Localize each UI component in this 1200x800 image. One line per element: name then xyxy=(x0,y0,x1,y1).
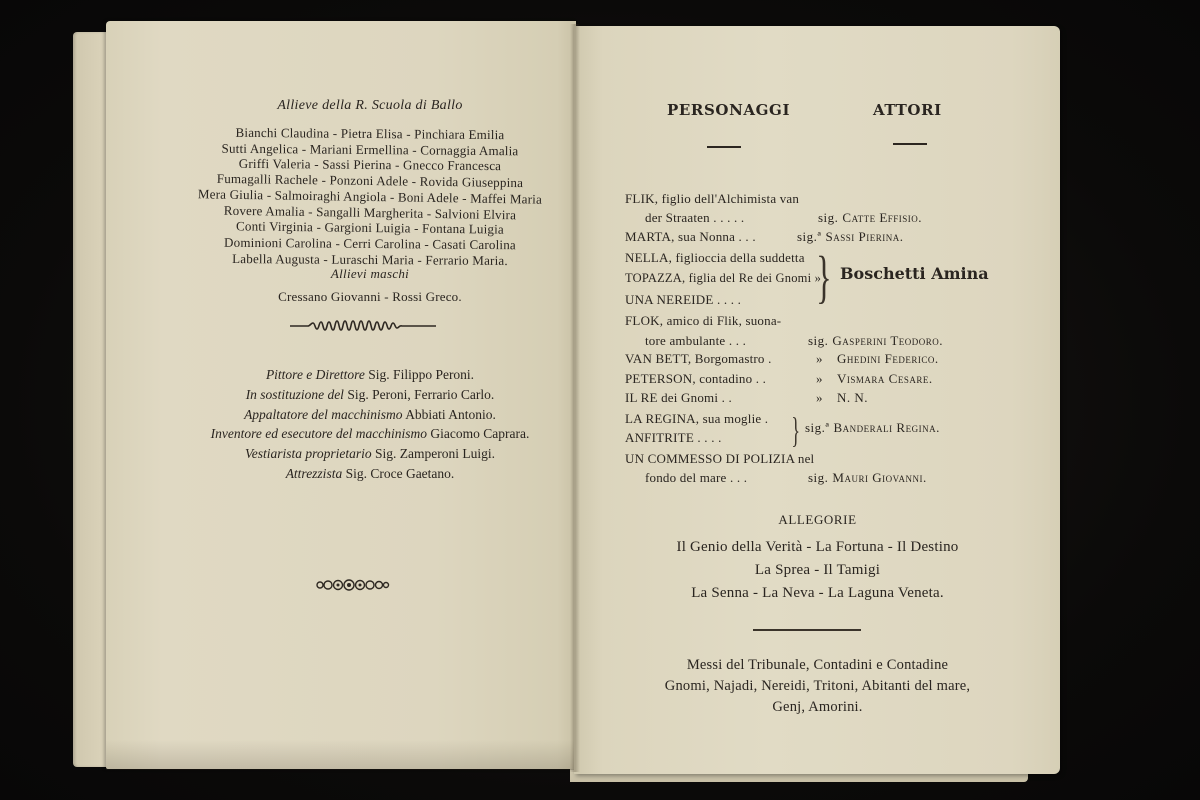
actor-prefix: » xyxy=(816,351,823,366)
actor-line: sig.ªSassi Pierina. xyxy=(797,229,903,245)
actor-prefix: sig.ª xyxy=(797,229,822,244)
credit-name: Sig. Zamperoni Luigi. xyxy=(375,446,495,461)
role-line: FLIK, figlio dell'Alchimista van xyxy=(625,191,799,207)
credit-name: Sig. Filippo Peroni. xyxy=(368,367,474,382)
brace-icon: } xyxy=(791,412,800,448)
credit-line: Appaltatore del macchinismo Abbiati Anto… xyxy=(175,405,565,425)
allegory-line: La Senna - La Neva - La Laguna Veneta. xyxy=(630,582,1005,605)
actor-line: sig.Mauri Giovanni. xyxy=(808,470,927,486)
book-gutter xyxy=(570,24,580,772)
actor-prefix: sig. xyxy=(808,470,828,485)
credit-role: Attrezzista xyxy=(286,466,343,481)
actor-line: sig.Catte Effisio. xyxy=(818,210,922,226)
chorus-line: Messi del Tribunale, Contadini e Contadi… xyxy=(625,655,1010,676)
chorus-section: Messi del Tribunale, Contadini e Contadi… xyxy=(625,655,1010,718)
credit-line: Pittore e Direttore Sig. Filippo Peroni. xyxy=(175,365,565,385)
role-line: FLOK, amico di Flik, suona- xyxy=(625,313,781,329)
role-line: LA REGINA, sua moglie . xyxy=(625,411,768,427)
role-line: tore ambulante . . . xyxy=(645,333,746,349)
chorus-line: Gnomi, Najadi, Nereidi, Tritoni, Abitant… xyxy=(625,676,1010,697)
name-line: Cressano Giovanni - Rossi Greco. xyxy=(170,289,570,305)
female-students-section: Allieve della R. Scuola di Ballo xyxy=(170,98,570,114)
female-students-list: Bianchi Claudina - Pietra Elisa - Pinchi… xyxy=(170,126,570,267)
actor-line: »N. N. xyxy=(816,390,868,406)
credit-line: In sostituzione del Sig. Peroni, Ferrari… xyxy=(175,385,565,405)
actor-line: sig.ªBanderali Regina. xyxy=(805,420,940,436)
credit-role: In sostituzione del xyxy=(246,387,344,402)
credit-role: Inventore ed esecutore del macchinismo xyxy=(211,426,427,441)
role-line: UN COMMESSO DI POLIZIA nel xyxy=(625,451,814,467)
scroll-vignette-ornament xyxy=(314,578,390,592)
role-line: MARTA, sua Nonna . . . xyxy=(625,229,756,245)
actor-prefix: sig. xyxy=(818,210,838,225)
role-line: TOPAZZA, figlia del Re dei Gnomi » xyxy=(625,271,821,286)
chorus-line: Genj, Amorini. xyxy=(625,697,1010,718)
male-students-section: Allievi maschi Cressano Giovanni - Rossi… xyxy=(170,266,570,305)
section-divider-rule xyxy=(753,629,861,631)
characters-header: PERSONAGGI xyxy=(667,101,790,119)
credit-name: Sig. Croce Gaetano. xyxy=(346,466,455,481)
credit-line: Attrezzista Sig. Croce Gaetano. xyxy=(175,464,565,484)
role-line: fondo del mare . . . xyxy=(645,470,747,486)
actor-name: Banderali Regina. xyxy=(834,420,940,435)
actor-prefix: » xyxy=(816,390,823,405)
actor-name: Gasperini Teodoro. xyxy=(832,333,943,348)
actor-name: Sassi Pierina. xyxy=(826,229,904,244)
credits-section: Pittore e Direttore Sig. Filippo Peroni.… xyxy=(175,365,565,484)
allegories-section: ALLEGORIE Il Genio della Verità - La For… xyxy=(630,512,1005,605)
actor-line: »Vismara Cesare. xyxy=(816,371,933,387)
role-line: ANFITRITE . . . . xyxy=(625,430,722,446)
actor-name: Catte Effisio. xyxy=(842,210,922,225)
role-line: NELLA, figlioccia della suddetta xyxy=(625,250,805,266)
lead-actor-name: Boschetti Amina xyxy=(840,264,989,283)
credit-role: Vestiarista proprietario xyxy=(245,446,372,461)
actor-line: »Ghedini Federico. xyxy=(816,351,939,367)
role-line: PETERSON, contadino . . xyxy=(625,371,766,387)
actor-name: N. N. xyxy=(837,390,868,405)
actor-name: Vismara Cesare. xyxy=(837,371,933,386)
brace-icon: } xyxy=(816,248,831,306)
actor-line: sig.Gasperini Teodoro. xyxy=(808,333,943,349)
credit-name: Giacomo Caprara. xyxy=(430,426,529,441)
credit-name: Abbiati Antonio. xyxy=(405,407,496,422)
actors-header: ATTORI xyxy=(873,101,942,119)
credit-line: Vestiarista proprietario Sig. Zamperoni … xyxy=(175,444,565,464)
credit-name: Sig. Peroni, Ferrario Carlo. xyxy=(347,387,494,402)
wavy-rule-ornament xyxy=(290,318,436,332)
credit-line: Inventore ed esecutore del macchinismo G… xyxy=(175,424,565,444)
characters-header-rule xyxy=(707,146,741,148)
allegory-line: La Sprea - Il Tamigi xyxy=(630,559,1005,582)
page-fold-shadow xyxy=(106,740,576,770)
actor-prefix: sig.ª xyxy=(805,420,830,435)
role-line: VAN BETT, Borgomastro . xyxy=(625,351,772,367)
role-line: der Straaten . . . . . xyxy=(645,210,744,226)
allegory-line: Il Genio della Verità - La Fortuna - Il … xyxy=(630,536,1005,559)
actor-prefix: » xyxy=(816,371,823,386)
actor-prefix: sig. xyxy=(808,333,828,348)
actor-name: Ghedini Federico. xyxy=(837,351,939,366)
role-line: IL RE dei Gnomi . . xyxy=(625,390,732,406)
credit-role: Pittore e Direttore xyxy=(266,367,365,382)
allegories-heading: ALLEGORIE xyxy=(630,512,1005,528)
female-students-heading: Allieve della R. Scuola di Ballo xyxy=(170,98,570,114)
actors-header-rule xyxy=(893,143,927,145)
actor-name: Mauri Giovanni. xyxy=(832,470,926,485)
male-students-heading: Allievi maschi xyxy=(170,266,570,282)
credit-role: Appaltatore del macchinismo xyxy=(244,407,402,422)
role-line: UNA NEREIDE . . . . xyxy=(625,292,741,308)
